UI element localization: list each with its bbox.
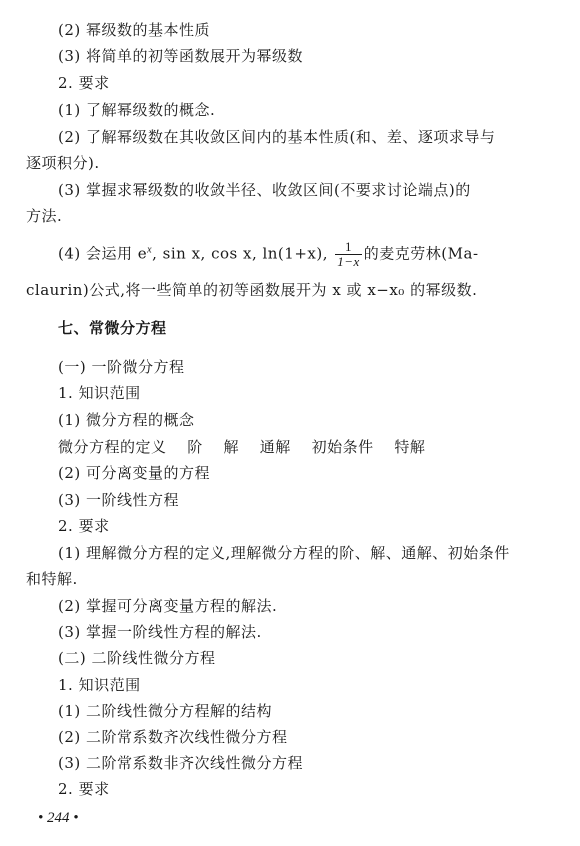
text-line: (1) 二阶线性微分方程解的结构 [58,701,272,721]
maclaurin-middle: , sin x, cos x, ln(1+x), [152,245,333,263]
text-line: (二) 二阶线性微分方程 [58,648,215,668]
text-line: 微分方程的定义 阶 解 通解 初始条件 特解 [58,437,425,457]
text-line: 1. 知识范围 [58,675,141,695]
text-line: (1) 微分方程的概念 [58,410,195,430]
fraction: 11−x [335,240,362,269]
text-line: (3) 二阶常系数非齐次线性微分方程 [58,753,303,773]
text-line: (2) 了解幂级数在其收敛区间内的基本性质(和、差、逐项求导与 [58,127,495,147]
fraction-denominator: 1−x [335,255,362,269]
text-line: (2) 掌握可分离变量方程的解法. [58,596,277,616]
text-line: 2. 要求 [58,779,110,799]
text-line: 逐项积分). [26,153,100,173]
section-heading: 七、常微分方程 [58,318,167,338]
text-line: (3) 掌握求幂级数的收敛半径、收敛区间(不要求讨论端点)的 [58,180,471,200]
fraction-numerator: 1 [335,240,362,255]
text-line: (3) 掌握一阶线性方程的解法. [58,622,262,642]
maclaurin-suffix: 的麦克劳林(Ma- [364,245,479,263]
maclaurin-prefix: (4) 会运用 e [58,245,147,263]
text-line: claurin)公式,将一些简单的初等函数展开为 x 或 x−x₀ 的幂级数. [26,280,477,300]
text-line: 1. 知识范围 [58,383,141,403]
text-line: (1) 了解幂级数的概念. [58,100,215,120]
text-line: (1) 理解微分方程的定义,理解微分方程的阶、解、通解、初始条件 [58,543,510,563]
text-line: (一) 一阶微分方程 [58,357,184,377]
text-line: 方法. [26,206,62,226]
page-number: • 244 • [38,810,79,827]
maclaurin-line: (4) 会运用 ex, sin x, cos x, ln(1+x), 11−x的… [58,240,479,269]
text-line: (2) 可分离变量的方程 [58,463,210,483]
text-line: 2. 要求 [58,516,110,536]
text-line: 2. 要求 [58,73,110,93]
text-line: (3) 一阶线性方程 [58,490,179,510]
text-line: (2) 二阶常系数齐次线性微分方程 [58,727,288,747]
text-line: (2) 幂级数的基本性质 [58,20,210,40]
text-line: (3) 将简单的初等函数展开为幂级数 [58,46,303,66]
text-line: 和特解. [26,569,78,589]
